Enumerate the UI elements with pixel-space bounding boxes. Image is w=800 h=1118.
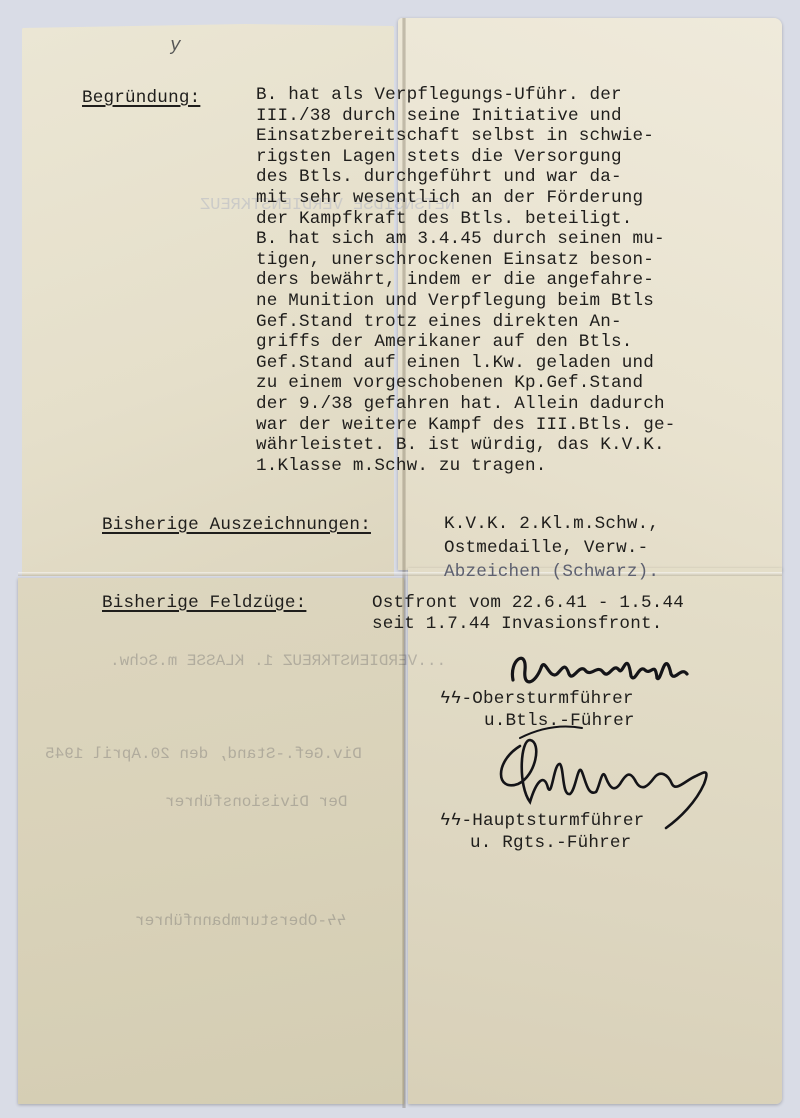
bleed-through-line-3: Der Divisionsführer (165, 793, 347, 811)
prior-awards-line: K.V.K. 2.Kl.m.Schw., (444, 514, 659, 535)
justification-line: griffs der Amerikaner auf den Btls. (256, 332, 633, 353)
justification-line: B. hat als Verpflegungs-Uführ. der (256, 85, 622, 106)
bleed-through-line-1: ...VERDIENSTKREUZ 1. KLASSE m.Schw. (110, 652, 446, 670)
justification-line: Gef.Stand auf einen l.Kw. geladen und (256, 353, 654, 374)
justification-line: ne Munition und Verpflegung beim Btls (256, 291, 654, 312)
prior-awards-label: Bisherige Auszeichnungen: (102, 515, 371, 536)
justification-line: des Btls. durchgeführt und war da- (256, 167, 622, 188)
signatory-2-rank: ϟϟ-Hauptsturmführer (440, 811, 644, 832)
prior-awards-line: Abzeichen (Schwarz). (444, 562, 659, 583)
justification-line: 1.Klasse m.Schw. zu tragen. (256, 456, 546, 477)
prior-awards-line: Ostmedaille, Verw.- (444, 538, 648, 559)
justification-line: zu einem vorgeschobenen Kp.Gef.Stand (256, 373, 643, 394)
justification-line: Einsatzbereitschaft selbst in schwie- (256, 126, 654, 147)
justification-line: mit sehr wesentlich an der Förderung (256, 188, 643, 209)
signatory-1-rank: ϟϟ-Obersturmführer (440, 689, 634, 710)
prior-campaigns-line: Ostfront vom 22.6.41 - 1.5.44 (372, 593, 684, 614)
justification-line: der 9./38 gefahren hat. Allein dadurch (256, 394, 665, 415)
bleed-through-line-4: ϟϟ-Obersturmbannführer (135, 912, 346, 930)
justification-label: Begründung: (82, 88, 200, 109)
prior-campaigns-line: seit 1.7.44 Invasionsfront. (372, 614, 662, 635)
justification-line: war der weitere Kampf des III.Btls. ge- (256, 415, 676, 436)
prior-campaigns-label: Bisherige Feldzüge: (102, 593, 306, 614)
justification-line: der Kampfkraft des Btls. beteiligt. (256, 209, 633, 230)
justification-line: B. hat sich am 3.4.45 durch seinen mu- (256, 229, 665, 250)
signatory-2-role: u. Rgts.-Führer (470, 833, 631, 854)
justification-line: ders bewährt, indem er die angefahre- (256, 270, 654, 291)
justification-line: währleistet. B. ist würdig, das K.V.K. (256, 435, 665, 456)
justification-line: III./38 durch seine Initiative und (256, 106, 622, 127)
corner-pencil-mark: y (170, 36, 181, 56)
justification-line: rigsten Lagen stets die Versorgung (256, 147, 622, 168)
bleed-through-line-2: Div.Gef.-Stand, den 20.April 1945 (45, 745, 362, 763)
horizontal-fold (18, 572, 782, 576)
justification-line: tigen, unerschrockenen Einsatz beson- (256, 250, 654, 271)
justification-line: Gef.Stand trotz eines direkten An- (256, 312, 622, 333)
